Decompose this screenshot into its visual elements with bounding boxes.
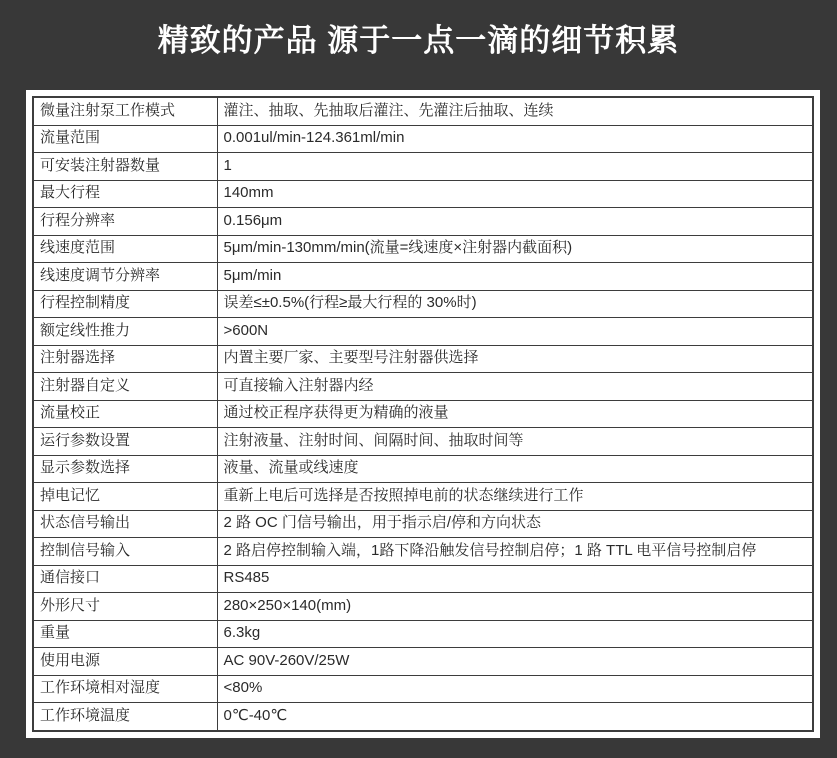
spec-value-cell: 注射液量、注射时间、间隔时间、抽取时间等	[217, 428, 813, 456]
spec-label-cell: 工作环境相对湿度	[33, 675, 217, 703]
table-row: 显示参数选择液量、流量或线速度	[33, 455, 813, 483]
table-row: 线速度调节分辨率5μm/min	[33, 263, 813, 291]
spec-value-cell: 0.001ul/min-124.361ml/min	[217, 125, 813, 153]
spec-value-cell: 0.156μm	[217, 208, 813, 236]
spec-label-cell: 注射器选择	[33, 345, 217, 373]
spec-value-cell: 误差≤±0.5%(行程≥最大行程的 30%时)	[217, 290, 813, 318]
spec-label-cell: 流量校正	[33, 400, 217, 428]
table-row: 工作环境相对湿度<80%	[33, 675, 813, 703]
table-row: 行程分辨率0.156μm	[33, 208, 813, 236]
table-row: 外形尺寸280×250×140(mm)	[33, 593, 813, 621]
spec-value-cell: 280×250×140(mm)	[217, 593, 813, 621]
spec-label-cell: 通信接口	[33, 565, 217, 593]
spec-label-cell: 控制信号输入	[33, 538, 217, 566]
spec-value-cell: 重新上电后可选择是否按照掉电前的状态继续进行工作	[217, 483, 813, 511]
spec-label-cell: 运行参数设置	[33, 428, 217, 456]
spec-value-cell: 2 路 OC 门信号输出，用于指示启/停和方向状态	[217, 510, 813, 538]
spec-label-cell: 行程分辨率	[33, 208, 217, 236]
spec-value-cell: >600N	[217, 318, 813, 346]
spec-value-cell: 内置主要厂家、主要型号注射器供选择	[217, 345, 813, 373]
spec-label-cell: 显示参数选择	[33, 455, 217, 483]
table-row: 工作环境温度0℃-40℃	[33, 703, 813, 731]
spec-value-cell: 6.3kg	[217, 620, 813, 648]
table-row: 运行参数设置注射液量、注射时间、间隔时间、抽取时间等	[33, 428, 813, 456]
spec-label-cell: 额定线性推力	[33, 318, 217, 346]
table-row: 使用电源AC 90V-260V/25W	[33, 648, 813, 676]
spec-label-cell: 微量注射泵工作模式	[33, 97, 217, 125]
spec-label-cell: 外形尺寸	[33, 593, 217, 621]
spec-value-cell: RS485	[217, 565, 813, 593]
spec-label-cell: 工作环境温度	[33, 703, 217, 731]
spec-label-cell: 重量	[33, 620, 217, 648]
table-row: 重量6.3kg	[33, 620, 813, 648]
table-row: 流量范围0.001ul/min-124.361ml/min	[33, 125, 813, 153]
spec-label-cell: 状态信号输出	[33, 510, 217, 538]
spec-value-cell: 140mm	[217, 180, 813, 208]
spec-value-cell: 0℃-40℃	[217, 703, 813, 731]
spec-label-cell: 可安装注射器数量	[33, 153, 217, 181]
table-row: 流量校正通过校正程序获得更为精确的液量	[33, 400, 813, 428]
spec-label-cell: 掉电记忆	[33, 483, 217, 511]
table-row: 行程控制精度误差≤±0.5%(行程≥最大行程的 30%时)	[33, 290, 813, 318]
spec-value-cell: 2 路启停控制输入端，1路下降沿触发信号控制启停；1 路 TTL 电平信号控制启…	[217, 538, 813, 566]
spec-value-cell: 灌注、抽取、先抽取后灌注、先灌注后抽取、连续	[217, 97, 813, 125]
spec-label-cell: 线速度范围	[33, 235, 217, 263]
table-row: 微量注射泵工作模式灌注、抽取、先抽取后灌注、先灌注后抽取、连续	[33, 97, 813, 125]
table-row: 线速度范围5μm/min-130mm/min(流量=线速度×注射器内截面积)	[33, 235, 813, 263]
spec-label-cell: 流量范围	[33, 125, 217, 153]
spec-label-cell: 行程控制精度	[33, 290, 217, 318]
table-row: 注射器选择内置主要厂家、主要型号注射器供选择	[33, 345, 813, 373]
spec-label-cell: 线速度调节分辨率	[33, 263, 217, 291]
spec-value-cell: AC 90V-260V/25W	[217, 648, 813, 676]
spec-value-cell: 5μm/min	[217, 263, 813, 291]
table-row: 控制信号输入2 路启停控制输入端，1路下降沿触发信号控制启停；1 路 TTL 电…	[33, 538, 813, 566]
spec-label-cell: 使用电源	[33, 648, 217, 676]
page: 精致的产品 源于一点一滴的细节积累 微量注射泵工作模式灌注、抽取、先抽取后灌注、…	[0, 0, 837, 59]
spec-value-cell: 5μm/min-130mm/min(流量=线速度×注射器内截面积)	[217, 235, 813, 263]
spec-value-cell: 液量、流量或线速度	[217, 455, 813, 483]
spec-value-cell: 可直接输入注射器内经	[217, 373, 813, 401]
spec-label-cell: 最大行程	[33, 180, 217, 208]
table-row: 最大行程140mm	[33, 180, 813, 208]
spec-value-cell: <80%	[217, 675, 813, 703]
table-row: 注射器自定义可直接输入注射器内经	[33, 373, 813, 401]
table-row: 状态信号输出2 路 OC 门信号输出，用于指示启/停和方向状态	[33, 510, 813, 538]
page-title: 精致的产品 源于一点一滴的细节积累	[0, 0, 837, 59]
table-row: 额定线性推力>600N	[33, 318, 813, 346]
spec-panel: 微量注射泵工作模式灌注、抽取、先抽取后灌注、先灌注后抽取、连续流量范围0.001…	[26, 90, 820, 738]
spec-value-cell: 1	[217, 153, 813, 181]
spec-value-cell: 通过校正程序获得更为精确的液量	[217, 400, 813, 428]
table-row: 可安装注射器数量1	[33, 153, 813, 181]
table-row: 掉电记忆重新上电后可选择是否按照掉电前的状态继续进行工作	[33, 483, 813, 511]
spec-table-body: 微量注射泵工作模式灌注、抽取、先抽取后灌注、先灌注后抽取、连续流量范围0.001…	[33, 97, 813, 731]
table-row: 通信接口RS485	[33, 565, 813, 593]
spec-table: 微量注射泵工作模式灌注、抽取、先抽取后灌注、先灌注后抽取、连续流量范围0.001…	[32, 96, 814, 732]
spec-label-cell: 注射器自定义	[33, 373, 217, 401]
